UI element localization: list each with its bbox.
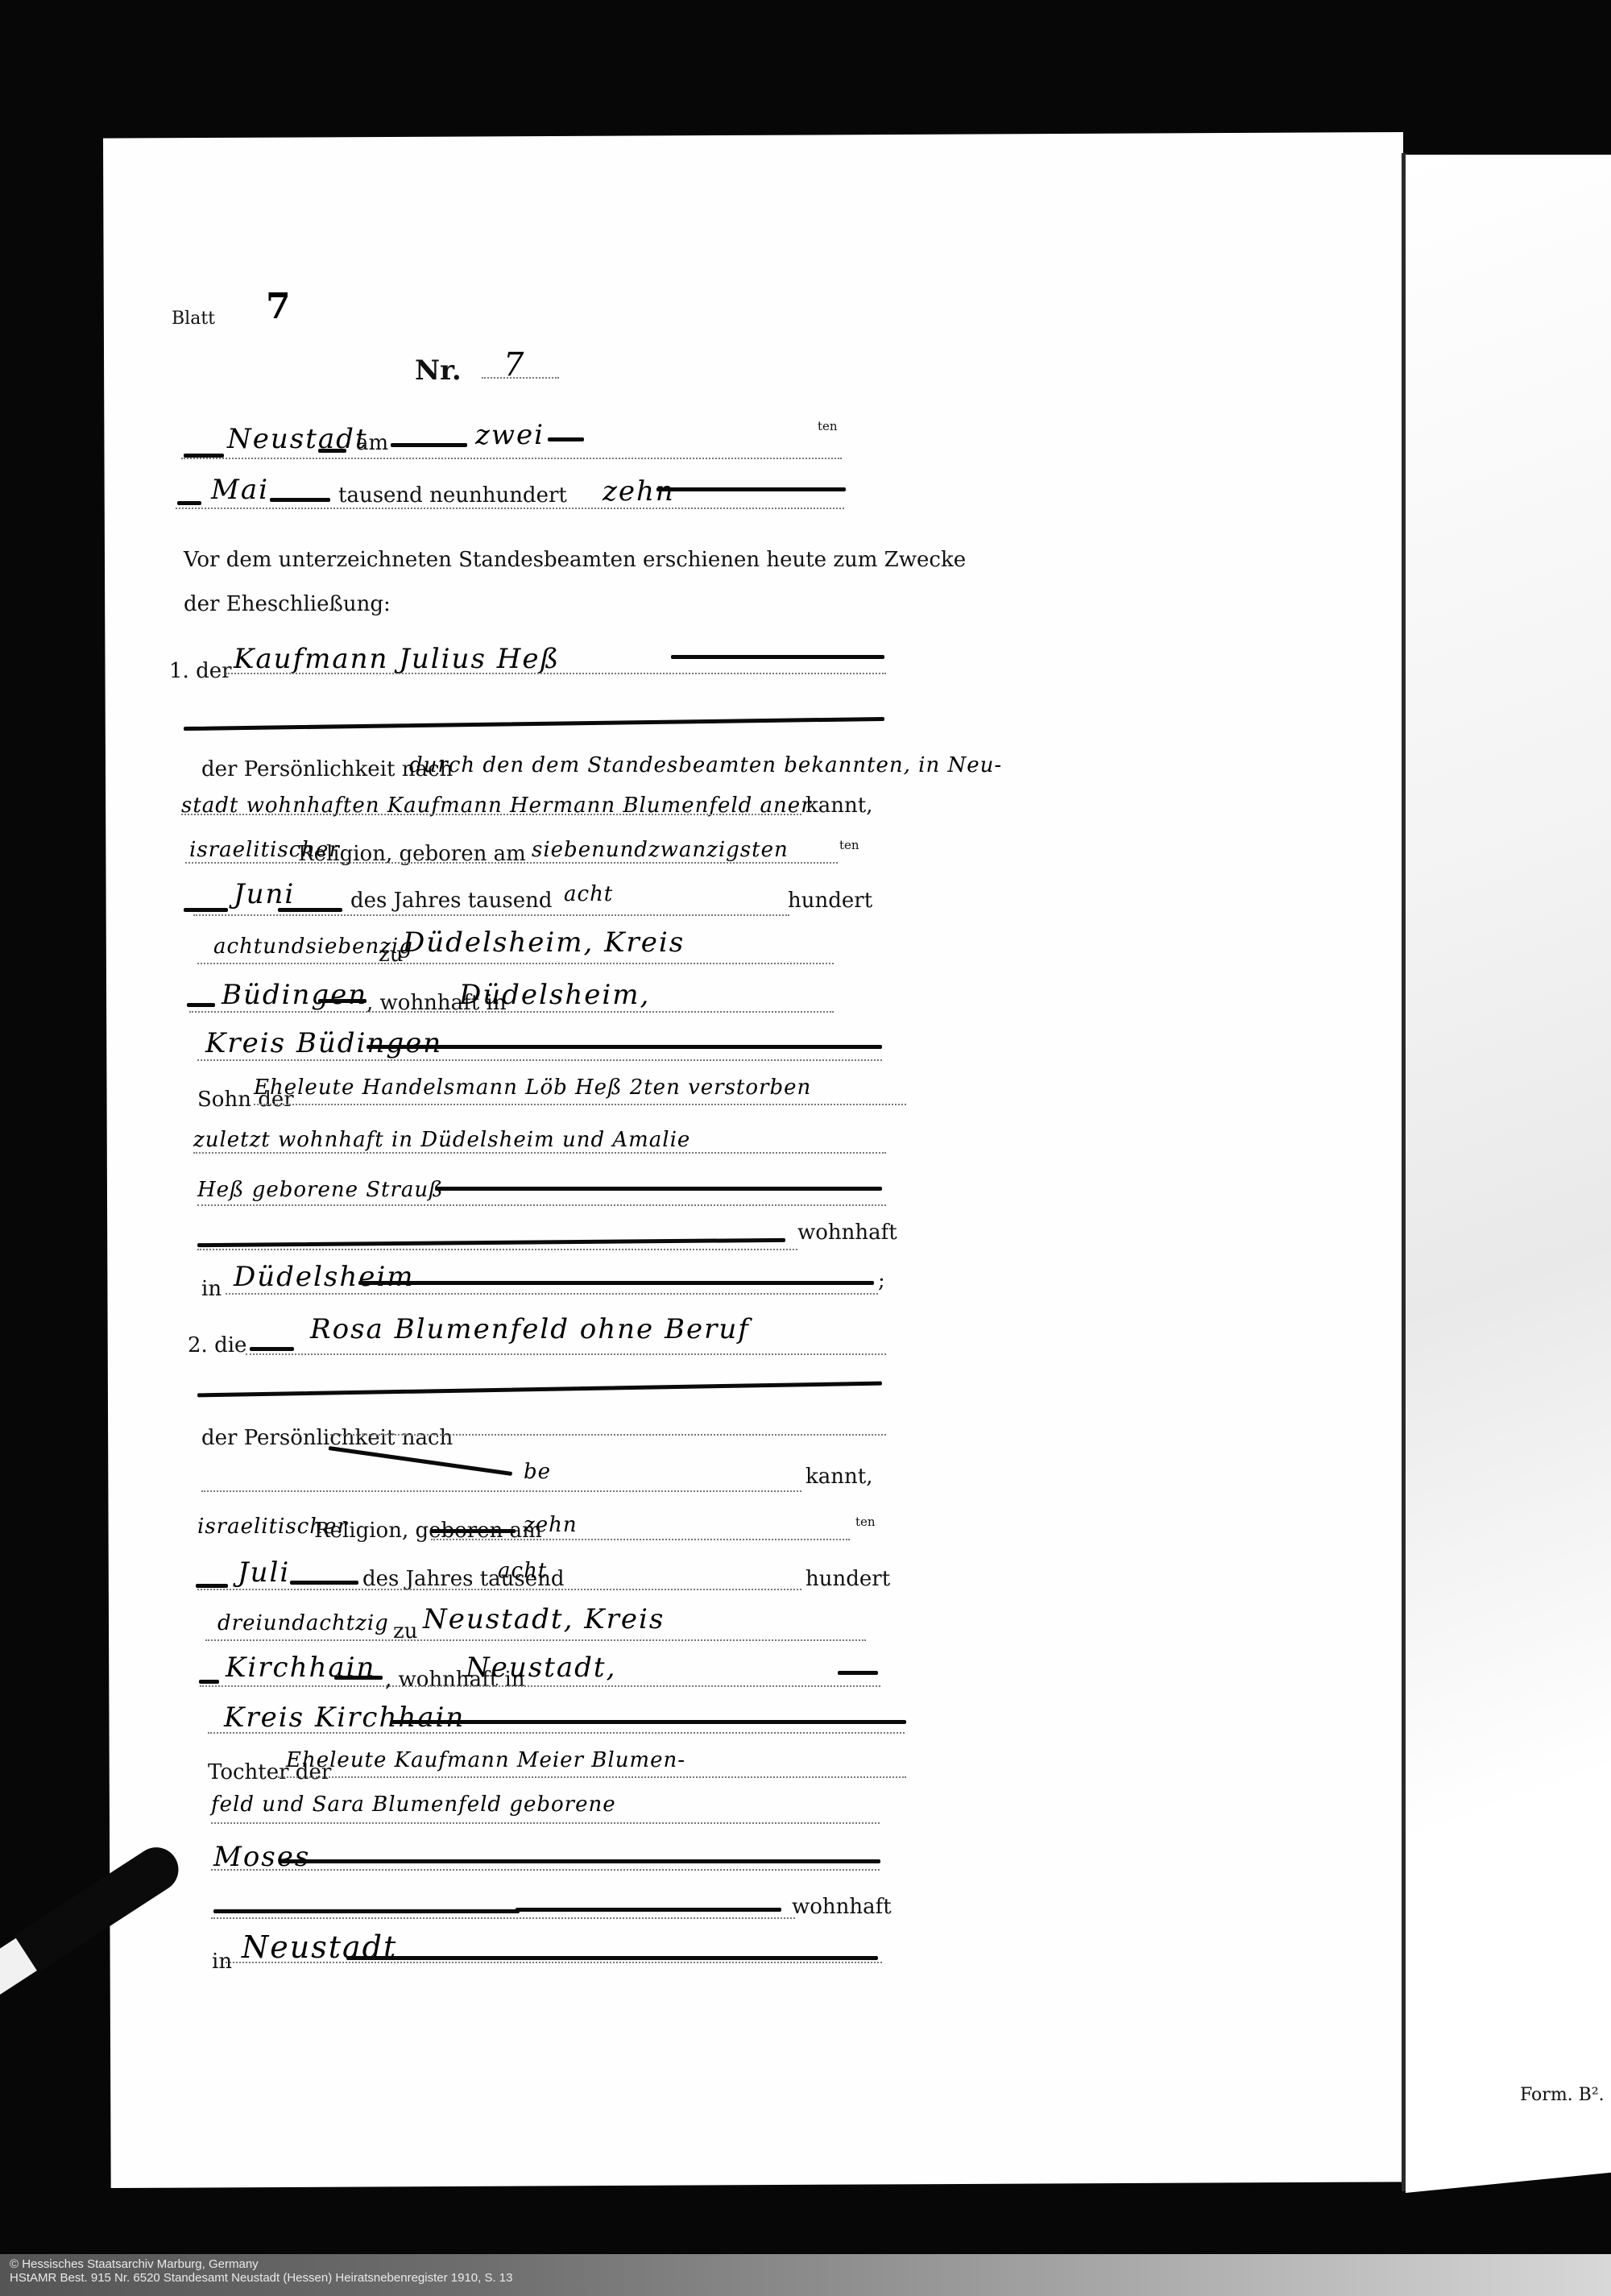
- groom-hundert-label: hundert: [788, 889, 872, 913]
- bride-birth-year: dreiundachtzig: [217, 1611, 389, 1635]
- intro-line-1: Vor dem unterzeichneten Standesbeamten e…: [184, 548, 966, 572]
- groom-parents-1: Eheleute Handelsmann Löb Heß 2ten versto…: [254, 1075, 811, 1100]
- sheet-label: Blatt: [172, 309, 215, 329]
- register-page-right: [1406, 155, 1611, 2193]
- registry-year: zehn: [603, 475, 675, 508]
- groom-year-label: des Jahres tausend: [350, 889, 553, 913]
- bride-kannt-label: kannt,: [805, 1465, 872, 1489]
- bride-parents-residence-label: wohnhaft: [792, 1895, 892, 1919]
- groom-identity-text-1: durch den dem Standesbeamten bekannten, …: [409, 753, 1002, 777]
- am-label: am: [356, 431, 388, 455]
- groom-birthplace-1: Düdelsheim, Kreis: [403, 926, 685, 959]
- bride-residence-2: Kreis Kirchhain: [224, 1701, 465, 1734]
- copyright-line: © Hessisches Staatsarchiv Marburg, Germa…: [0, 2254, 1611, 2271]
- bride-birth-month: Juli: [238, 1556, 290, 1589]
- groom-parents-residence-label: wohnhaft: [797, 1221, 897, 1245]
- intro-line-2: der Eheschließung:: [184, 592, 391, 616]
- form-code: Form. B².: [1520, 2085, 1605, 2105]
- bride-name: Rosa Blumenfeld ohne Beruf: [310, 1313, 750, 1345]
- bride-parents-3: Moses: [213, 1841, 310, 1873]
- bride-number: 2. die: [188, 1333, 246, 1357]
- bride-residence-1: Neustadt,: [466, 1652, 616, 1684]
- groom-birth-century: acht: [564, 882, 613, 906]
- groom-parents-2: zuletzt wohnhaft in Düdelsheim und Amali…: [193, 1128, 690, 1152]
- bride-hundert-label: hundert: [805, 1567, 890, 1591]
- bride-birth-day-suffix: ten: [855, 1515, 876, 1529]
- groom-parents-3: Heß geborene Strauß: [197, 1178, 444, 1202]
- bride-parents-1: Eheleute Kaufmann Meier Blumen-: [286, 1748, 685, 1772]
- semicolon: ;: [878, 1269, 885, 1293]
- archive-caption: © Hessisches Staatsarchiv Marburg, Germa…: [0, 2254, 1611, 2296]
- year-printed: tausend neunhundert: [338, 483, 567, 508]
- groom-kannt-label: kannt,: [805, 794, 872, 818]
- groom-birth-month: Juni: [234, 878, 295, 910]
- bride-birth-century: acht: [498, 1559, 547, 1583]
- groom-parents-residence: Düdelsheim: [234, 1261, 415, 1293]
- day-suffix: ten: [818, 419, 838, 433]
- groom-birthplace-2: Büdingen: [222, 979, 367, 1011]
- bride-identity-text: be: [524, 1460, 551, 1484]
- groom-birth-day-suffix: ten: [839, 838, 859, 852]
- sheet-number: 7: [266, 286, 292, 327]
- citation-line: HStAMR Best. 915 Nr. 6520 Standesamt Neu…: [0, 2271, 1611, 2285]
- groom-in-label: in: [201, 1277, 222, 1301]
- groom-residence-1: Düdelsheim,: [459, 979, 650, 1011]
- registry-place: Neustadt: [227, 423, 368, 455]
- bride-birthplace-1: Neustadt, Kreis: [423, 1603, 665, 1635]
- bride-parents-2: feld und Sara Blumenfeld geborene: [211, 1792, 616, 1817]
- registry-month: Mai: [211, 474, 269, 506]
- bride-identity-label: der Persönlichkeit nach: [201, 1426, 453, 1450]
- bride-birth-day: zehn: [524, 1513, 578, 1537]
- groom-residence-2: Kreis Büdingen: [205, 1027, 442, 1059]
- groom-birth-day: siebenundzwanzigsten: [532, 838, 789, 862]
- registry-day: zwei: [475, 419, 545, 451]
- groom-name: Kaufmann Julius Heß: [234, 643, 560, 675]
- entry-label: Nr.: [415, 354, 462, 387]
- groom-number: 1. der: [169, 659, 232, 683]
